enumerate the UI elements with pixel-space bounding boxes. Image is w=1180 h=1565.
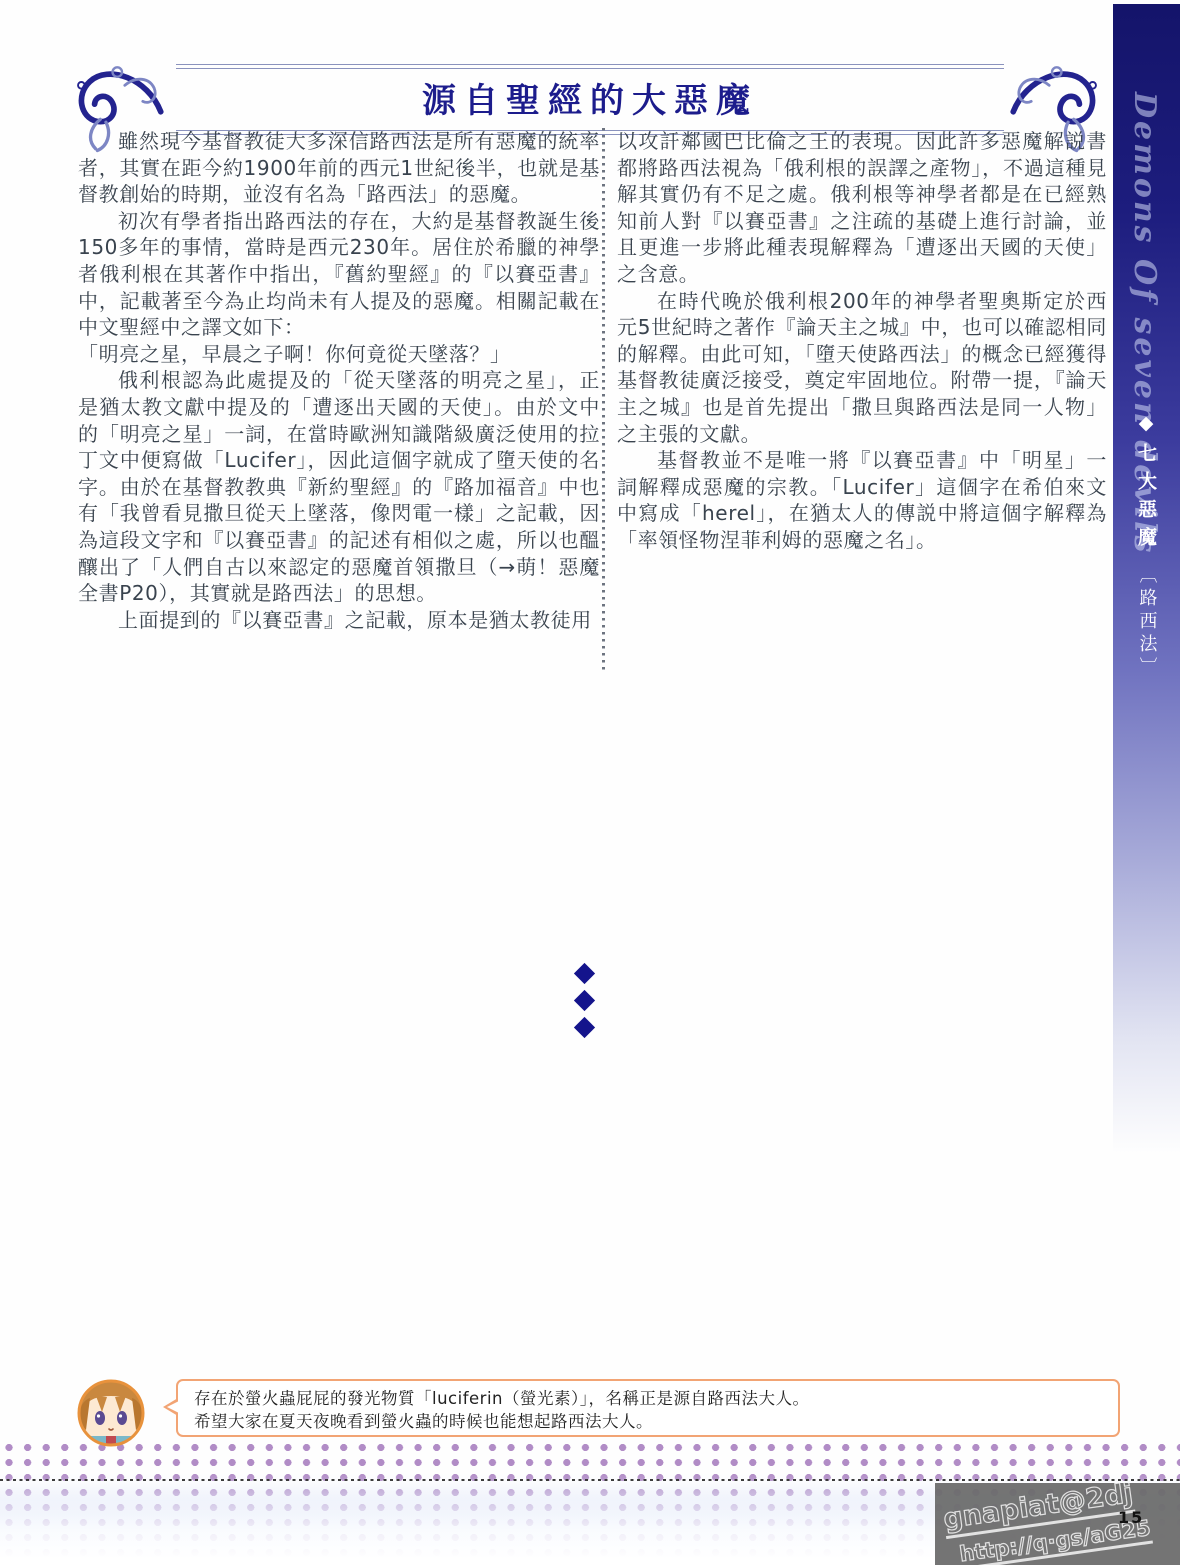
column-left: 雖然現今基督教徒大多深信路西法是所有惡魔的統率者，其實在距今約1900年前的西元… (78, 128, 600, 633)
footnote-line: 存在於螢火蟲屁屁的發光物質「luciferin（螢光素）」，名稱正是源自路西法大… (194, 1387, 1102, 1410)
paragraph: 在時代晚於俄利根200年的神學者聖奧斯定於西元5世紀時之著作『論天主之城』中，也… (617, 288, 1107, 448)
speech-bubble: 存在於螢火蟲屁屁的發光物質「luciferin（螢光素）」，名稱正是源自路西法大… (176, 1379, 1120, 1437)
page-title: 源自聖經的大惡魔 (422, 81, 758, 121)
column-divider (602, 128, 605, 671)
title-band-inner: 源自聖經的大惡魔 (176, 68, 1004, 131)
paragraph: 雖然現今基督教徒大多深信路西法是所有惡魔的統率者，其實在距今約1900年前的西元… (78, 128, 600, 208)
sidebar: Demons Of seven devils ◆七大惡魔 〔路西法〕 (1113, 4, 1180, 1154)
mascot-avatar-image (76, 1378, 146, 1448)
sidebar-entry-title: 〔路西法〕 (1134, 565, 1160, 680)
speech-bubble-tail-inner (167, 1401, 179, 1413)
diamond-icon (573, 1017, 594, 1038)
paragraph: 基督教並不是唯一將『以賽亞書』中「明星」一詞解釋成惡魔的宗教。「Lucifer」… (617, 447, 1107, 553)
paragraph-quote: 「明亮之星，早晨之子啊！你何竟從天墜落？」 (78, 341, 600, 368)
paragraph: 以攻訐鄰國巴比倫之王的表現。因此許多惡魔解説書都將路西法視為「俄利根的誤譯之產物… (617, 128, 1107, 288)
title-band: 源自聖經的大惡魔 (176, 64, 1004, 135)
section-break-diamonds (574, 966, 594, 1047)
footnote-line: 希望大家在夏天夜晚看到螢火蟲的時候也能想起路西法大人。 (194, 1410, 1102, 1433)
sidebar-vertical-title: ◆七大惡魔 〔路西法〕 (1113, 412, 1180, 680)
sidebar-series-title: ◆七大惡魔 (1133, 412, 1160, 555)
paragraph: 俄利根認為此處提及的「從天墜落的明亮之星」，正是猶太教文獻中提及的「遭逐出天國的… (78, 367, 600, 606)
page-number: 15 (1118, 1508, 1144, 1527)
paragraph: 初次有學者指出路西法的存在，大約是基督教誕生後150多年的事情，當時是西元230… (78, 208, 600, 341)
paragraph: 上面提到的『以賽亞書』之記載，原本是猶太教徒用 (78, 607, 600, 634)
dashed-line (0, 1479, 1180, 1481)
diamond-icon (573, 990, 594, 1011)
diamond-icon (573, 963, 594, 984)
column-right: 以攻訐鄰國巴比倫之王的表現。因此許多惡魔解説書都將路西法視為「俄利根的誤譯之產物… (617, 128, 1107, 554)
